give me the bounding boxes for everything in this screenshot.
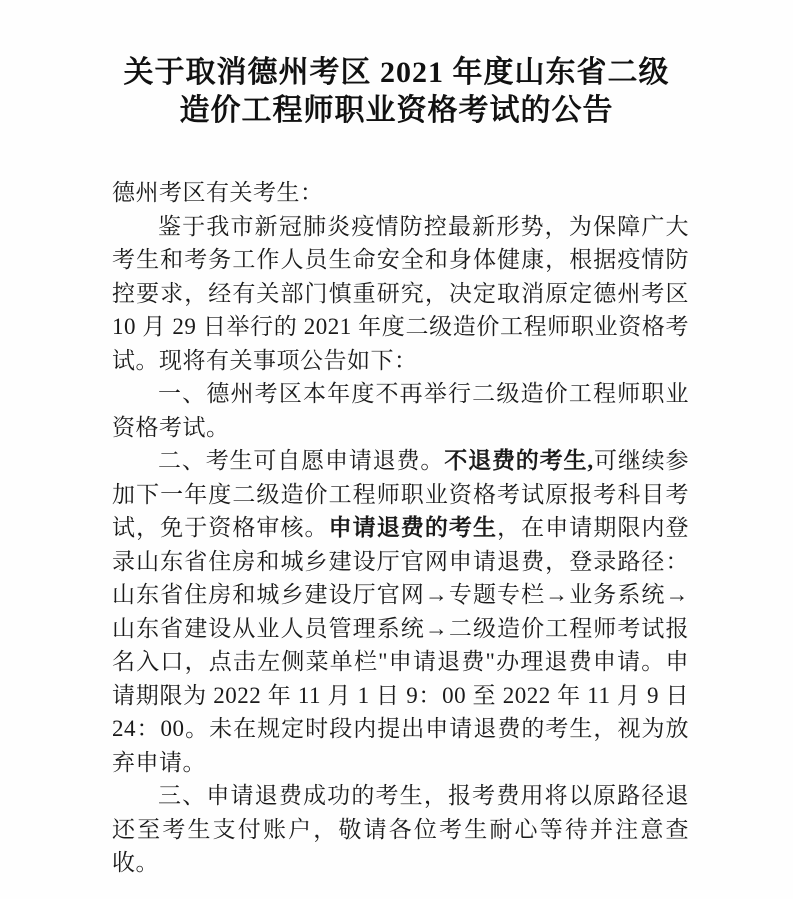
item-2-paragraph: 二、考生可自愿申请退费。不退费的考生,可继续参加下一年度二级造价工程师职业资格考… (112, 444, 689, 779)
item-2-run-normal-1: 二、考生可自愿申请退费。 (158, 448, 444, 473)
announcement-page: 关于取消德州考区 2021 年度山东省二级 造价工程师职业资格考试的公告 德州考… (0, 0, 793, 899)
document-title: 关于取消德州考区 2021 年度山东省二级 造价工程师职业资格考试的公告 (0, 20, 793, 130)
refund-request-candidates-bold: 申请退费的考生 (329, 515, 497, 540)
item-2-run-normal-3: ，在申请期限内登录山东省住房和城乡建设厅官网申请退费，登录路径：山东省住房和城乡… (112, 515, 689, 775)
item-3-paragraph: 三、申请退费成功的考生，报考费用将以原路径退还至考生支付账户，敬请各位考生耐心等… (112, 779, 689, 880)
item-1-paragraph: 一、德州考区本年度不再举行二级造价工程师职业资格考试。 (112, 377, 689, 444)
document-title-line-2: 造价工程师职业资格考试的公告 (0, 92, 793, 130)
no-refund-candidates-bold: 不退费的考生, (444, 448, 593, 473)
salutation: 德州考区有关考生： (112, 176, 689, 210)
document-body: 德州考区有关考生： 鉴于我市新冠肺炎疫情防控最新形势，为保障广大考生和考务工作人… (0, 150, 793, 880)
document-title-line-1: 关于取消德州考区 2021 年度山东省二级 (0, 54, 793, 92)
intro-paragraph: 鉴于我市新冠肺炎疫情防控最新形势，为保障广大考生和考务工作人员生命安全和身体健康… (112, 210, 689, 378)
